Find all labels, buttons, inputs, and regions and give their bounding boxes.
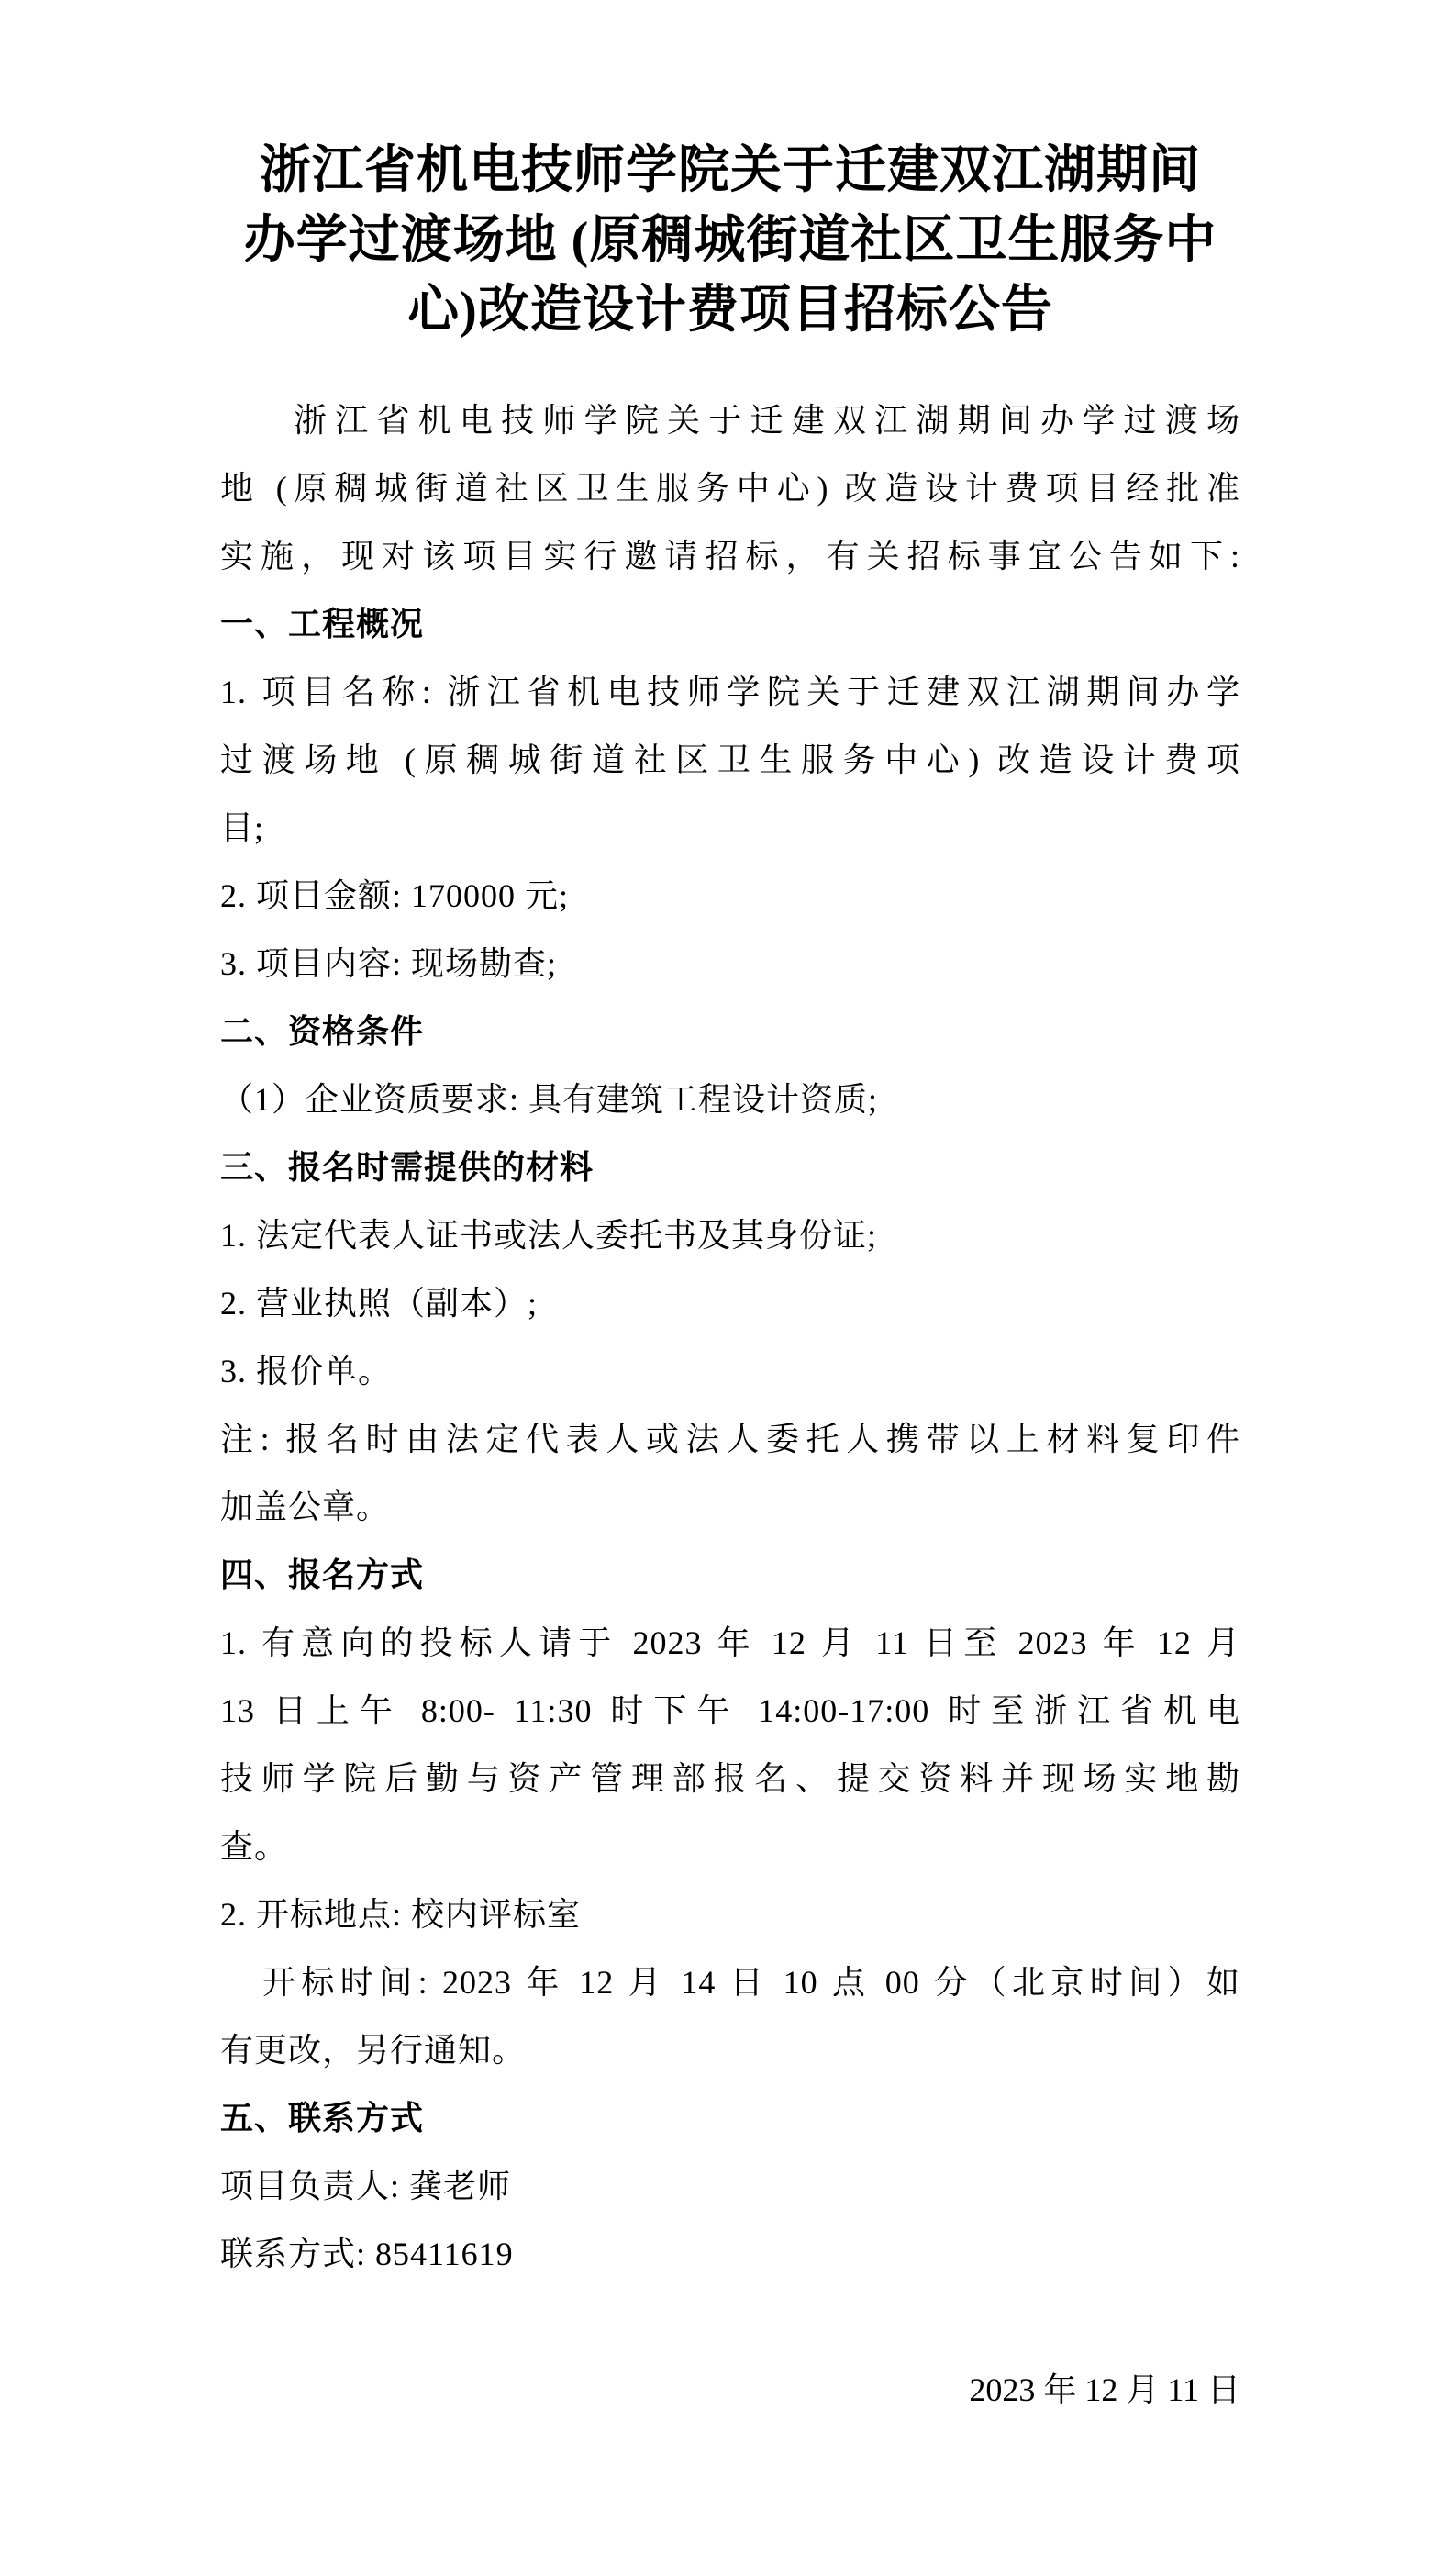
paragraph-line: 注: 报名时由法定代表人或法人委托人携带以上材料复印件 [220, 1405, 1240, 1473]
paragraph-line: 2. 开标地点: 校内评标室 [220, 1880, 1240, 1948]
paragraph-line: 开标时间: 2023 年 12 月 14 日 10 点 00 分（北京时间）如 [220, 1948, 1240, 2016]
paragraph-line: 有更改，另行通知。 [220, 2016, 1240, 2084]
section-heading: 五、联系方式 [220, 2084, 1240, 2152]
paragraph-line: 地 (原稠城街道社区卫生服务中心) 改造设计费项目经批准 [220, 454, 1240, 522]
paragraph-line: 3. 项目内容: 现场勘查; [220, 930, 1240, 998]
title-line: 浙江省机电技师学院关于迁建双江湖期间 [220, 136, 1240, 206]
document-date: 2023 年 12 月 11 日 [220, 2356, 1240, 2424]
title-line: 心)改造设计费项目招标公告 [220, 275, 1240, 345]
section-heading: 一、工程概况 [220, 590, 1240, 658]
section-heading: 二、资格条件 [220, 998, 1240, 1066]
paragraph-line: 目; [220, 794, 1240, 862]
section-heading: 三、报名时需提供的材料 [220, 1133, 1240, 1201]
paragraph-line: 项目负责人: 龚老师 [220, 2152, 1240, 2220]
document-body: 浙江省机电技师学院关于迁建双江湖期间办学过渡场 地 (原稠城街道社区卫生服务中心… [220, 386, 1240, 2424]
paragraph-line: 实施，现对该项目实行邀请招标，有关招标事宜公告如下: [220, 522, 1240, 590]
paragraph-line: （1）企业资质要求: 具有建筑工程设计资质; [220, 1066, 1240, 1133]
title-line: 办学过渡场地 (原稠城街道社区卫生服务中 [220, 206, 1240, 275]
paragraph-line: 1. 法定代表人证书或法人委托书及其身份证; [220, 1201, 1240, 1269]
document-content: 浙江省机电技师学院关于迁建双江湖期间 办学过渡场地 (原稠城街道社区卫生服务中 … [220, 0, 1240, 2424]
paragraph-line: 浙江省机电技师学院关于迁建双江湖期间办学过渡场 [220, 386, 1240, 454]
paragraph-line: 1. 项目名称: 浙江省机电技师学院关于迁建双江湖期间办学 [220, 658, 1240, 726]
section-heading: 四、报名方式 [220, 1541, 1240, 1609]
document-page: 浙江省机电技师学院关于迁建双江湖期间 办学过渡场地 (原稠城街道社区卫生服务中 … [0, 0, 1456, 2555]
document-title: 浙江省机电技师学院关于迁建双江湖期间 办学过渡场地 (原稠城街道社区卫生服务中 … [220, 136, 1240, 345]
paragraph-line: 1. 有意向的投标人请于 2023 年 12 月 11 日至 2023 年 12… [220, 1609, 1240, 1677]
paragraph-line: 查。 [220, 1813, 1240, 1880]
paragraph-line: 3. 报价单。 [220, 1337, 1240, 1405]
paragraph-line: 加盖公章。 [220, 1473, 1240, 1541]
paragraph-line: 2. 项目金额: 170000 元; [220, 862, 1240, 930]
paragraph-line: 过渡场地 (原稠城街道社区卫生服务中心) 改造设计费项 [220, 726, 1240, 794]
paragraph-line: 13 日上午 8:00- 11:30 时下午 14:00-17:00 时至浙江省… [220, 1677, 1240, 1745]
paragraph-line: 联系方式: 85411619 [220, 2220, 1240, 2288]
paragraph-line: 2. 营业执照（副本）; [220, 1269, 1240, 1337]
paragraph-line: 技师学院后勤与资产管理部报名、提交资料并现场实地勘 [220, 1745, 1240, 1813]
